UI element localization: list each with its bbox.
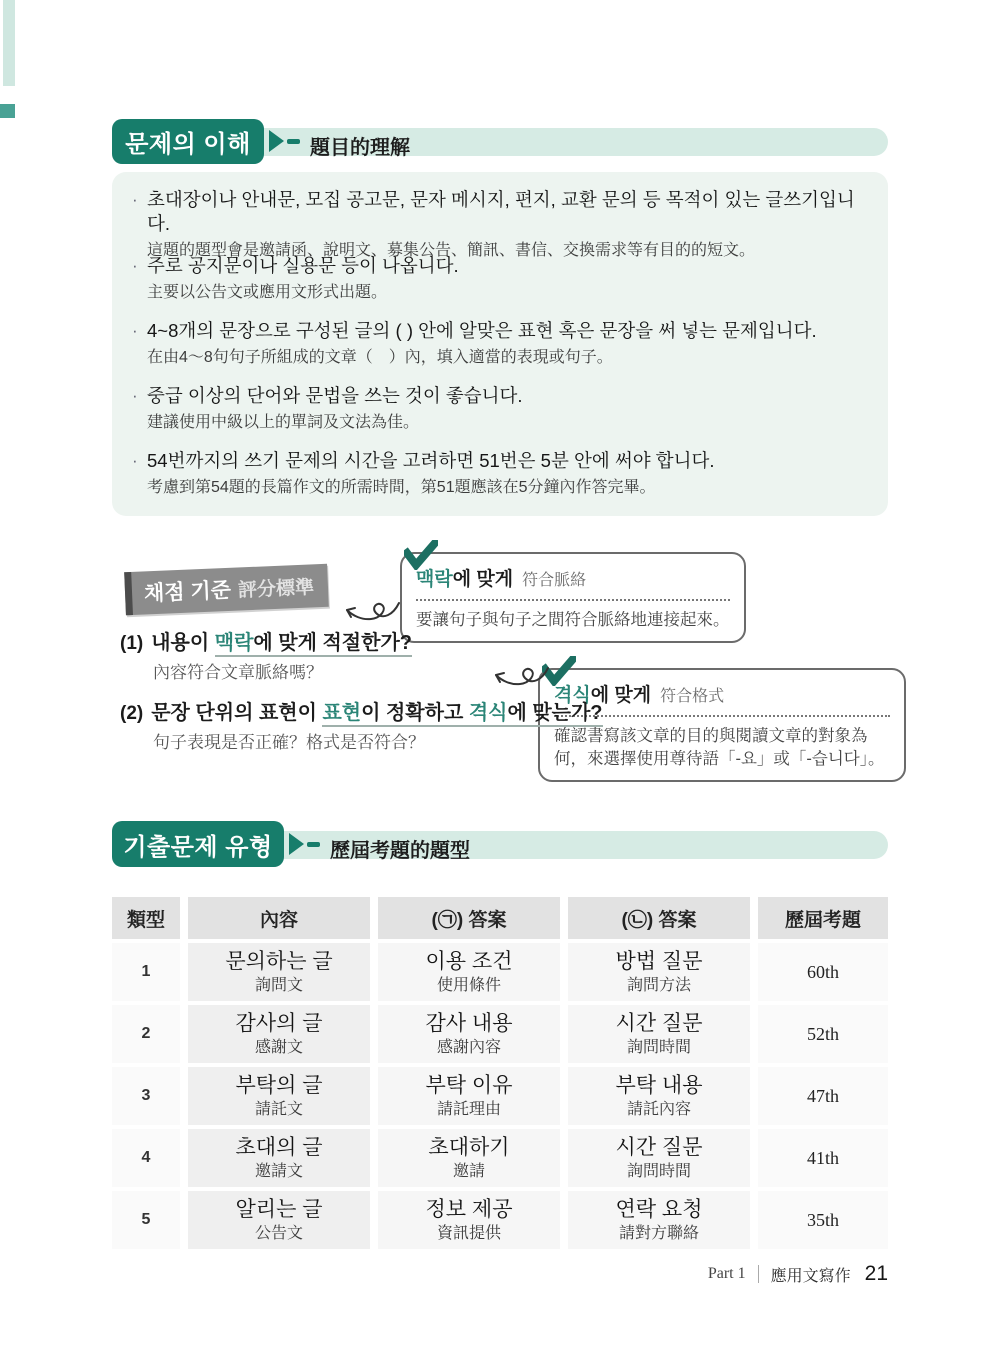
- cell-answer-a-ko: 초대하기: [428, 1135, 509, 1161]
- cell-exam: 47th: [758, 1067, 888, 1125]
- cell-exam: 41th: [758, 1129, 888, 1187]
- bullet-item: · 중급 이상의 단어와 문법을 쓰는 것이 좋습니다. 建議使用中級以上的單詞…: [132, 384, 872, 434]
- cell-answer-a: 초대하기 邀請: [378, 1129, 560, 1187]
- callout-context-zh: 符合脈絡: [522, 572, 586, 589]
- row-number: 5: [112, 1191, 180, 1249]
- callout-format-zh: 符合格式: [660, 688, 724, 705]
- cell-answer-b-ko: 시간 질문: [616, 1011, 703, 1037]
- bullet-zh: 主要以公告文或應用文形式出題。: [147, 281, 872, 304]
- cell-answer-a-zh: 資訊提供: [437, 1223, 501, 1244]
- bullet-dot-icon: ·: [132, 256, 138, 276]
- cell-answer-a-ko: 감사 내용: [426, 1011, 513, 1037]
- edge-accent-light: [3, 0, 15, 86]
- criteria-item-1: (1)내용이 맥락에 맞게 적절한가?: [120, 626, 412, 655]
- cell-answer-b: 연락 요청 請對方聯絡: [568, 1191, 750, 1249]
- cell-answer-a-zh: 使用條件: [437, 975, 501, 996]
- cell-answer-a-ko: 부탁 이유: [426, 1073, 513, 1099]
- section2-title-zh: 歷屆考題的題型: [330, 834, 470, 863]
- bullet-ko: 주로 공지문이나 실용문 등이 나옵니다.: [147, 254, 872, 278]
- cell-content: 감사의 글 感謝文: [188, 1005, 370, 1063]
- bullet-item: · 초대장이나 안내문, 모집 공고문, 문자 메시지, 편지, 교환 문의 등…: [132, 188, 872, 262]
- callout-context-keyword: 맥락: [416, 569, 453, 590]
- cell-content: 문의하는 글 詢問文: [188, 943, 370, 1001]
- edge-accent-teal: [0, 104, 15, 118]
- cell-answer-a-zh: 請託理由: [437, 1099, 501, 1120]
- criteria-item-1-seg1: 내용이: [151, 632, 215, 654]
- bullet-ko: 중급 이상의 단어와 문법을 쓰는 것이 좋습니다.: [147, 384, 872, 408]
- callout-context-rest: 에 맞게: [453, 569, 513, 590]
- cell-answer-b: 시간 질문 詢問時間: [568, 1129, 750, 1187]
- criteria-item-2-seg1: 문장 단위의 표현이: [151, 702, 322, 724]
- bullet-item: · 54번까지의 쓰기 문제의 시간을 고려하면 51번은 5분 안에 써야 합…: [132, 449, 872, 499]
- bullet-dot-icon: ·: [132, 386, 138, 406]
- criteria-item-1-num: (1): [120, 633, 143, 654]
- section2-arrow-icon: [289, 833, 304, 855]
- section1-title-ko: 문제의 이해: [112, 119, 264, 164]
- cell-answer-a-ko: 정보 제공: [426, 1197, 513, 1223]
- callout-format-body: 確認書寫該文章的目的與閱讀文章的對象為何，來選擇使用尊待語「-요」或「-습니다」…: [554, 717, 890, 771]
- footer-divider: [758, 1265, 759, 1283]
- cell-answer-a-ko: 이용 조건: [426, 949, 513, 975]
- callout-context-title: 맥락에 맞게符合脈絡: [416, 564, 730, 601]
- bullet-zh: 在由4～8句句子所組成的文章（ ）內，填入適當的表現或句子。: [147, 346, 872, 369]
- checkmark-icon: [404, 540, 438, 570]
- bullet-zh: 建議使用中級以上的單詞及文法為佳。: [147, 411, 872, 434]
- cell-content-ko: 감사의 글: [236, 1011, 323, 1037]
- cell-answer-a: 이용 조건 使用條件: [378, 943, 560, 1001]
- cell-answer-b: 시간 질문 詢問時間: [568, 1005, 750, 1063]
- cell-answer-b-zh: 詢問時間: [627, 1037, 691, 1058]
- criteria-item-2-keyword1: 표현: [322, 702, 361, 724]
- section1-title-zh: 題目的理解: [310, 131, 410, 160]
- bullet-item: · 4~8개의 문장으로 구성된 글의 ( ) 안에 알맞은 표현 혹은 문장을…: [132, 319, 872, 369]
- cell-content-zh: 請託文: [255, 1099, 303, 1120]
- bullet-ko: 초대장이나 안내문, 모집 공고문, 문자 메시지, 편지, 교환 문의 등 목…: [147, 188, 872, 236]
- cell-exam: 60th: [758, 943, 888, 1001]
- criteria-item-2-num: (2): [120, 703, 143, 724]
- bullet-dot-icon: ·: [132, 321, 138, 341]
- cell-answer-a-zh: 感謝內容: [437, 1037, 501, 1058]
- cell-content-ko: 문의하는 글: [225, 949, 332, 975]
- cell-content-ko: 부탁의 글: [236, 1073, 323, 1099]
- footer-section: 應用文寫作: [771, 1263, 851, 1286]
- bullet-zh: 考慮到第54題的長篇作文的所需時間，第51題應該在5分鐘內作答完畢。: [147, 476, 872, 499]
- callout-format-title: 격식에 맞게符合格式: [554, 680, 890, 717]
- bullet-ko: 4~8개의 문장으로 구성된 글의 ( ) 안에 알맞은 표현 혹은 문장을 써…: [147, 319, 872, 343]
- criteria-item-2-zh: 句子表現是否正確？格式是否符合？: [153, 728, 425, 753]
- cell-answer-a-zh: 邀請: [453, 1161, 485, 1182]
- textbook-page: 문제의 이해 題目的理解 · 초대장이나 안내문, 모집 공고문, 문자 메시지…: [0, 0, 1000, 1357]
- cell-answer-b-ko: 연락 요청: [616, 1197, 703, 1223]
- row-number: 3: [112, 1067, 180, 1125]
- criteria-item-2-seg2: 이 정확하고: [361, 702, 469, 724]
- cell-content-zh: 邀請文: [255, 1161, 303, 1182]
- col-header-content: 內容: [188, 897, 370, 939]
- criteria-banner-zh: 評分標準: [238, 577, 315, 601]
- row-number: 1: [112, 943, 180, 1001]
- cell-content-ko: 초대의 글: [236, 1135, 323, 1161]
- understanding-box: · 초대장이나 안내문, 모집 공고문, 문자 메시지, 편지, 교환 문의 등…: [112, 172, 888, 516]
- page-footer: Part 1 應用文寫作 21: [708, 1262, 888, 1286]
- section2-title-ko: 기출문제 유형: [112, 821, 284, 867]
- question-types-table: 類型 內容 (㉠) 答案 (㉡) 答案 歷屆考題 1 문의하는 글 詢問文 이용…: [112, 897, 888, 1249]
- bullet-ko: 54번까지의 쓰기 문제의 시간을 고려하면 51번은 5분 안에 써야 합니다…: [147, 449, 872, 473]
- criteria-item-2: (2)문장 단위의 표현이 표현이 정확하고 격식에 맞는가?: [120, 696, 603, 725]
- bullet-item: · 주로 공지문이나 실용문 등이 나옵니다. 主要以公告文或應用文形式出題。: [132, 254, 872, 304]
- col-header-answer-a: (㉠) 答案: [378, 897, 560, 939]
- col-header-answer-b: (㉡) 答案: [568, 897, 750, 939]
- bullet-dot-icon: ·: [132, 190, 138, 210]
- cell-content-zh: 詢問文: [255, 975, 303, 996]
- cell-answer-a: 정보 제공 資訊提供: [378, 1191, 560, 1249]
- footer-page-number: 21: [865, 1262, 888, 1286]
- cell-content-zh: 公告文: [255, 1223, 303, 1244]
- criteria-item-1-keyword: 맥락: [215, 632, 254, 654]
- criteria-banner: 채점 기준評分標準: [124, 564, 329, 615]
- cell-answer-b-ko: 방법 질문: [616, 949, 703, 975]
- cell-content: 부탁의 글 請託文: [188, 1067, 370, 1125]
- section1-title-ko-label: 문제의 이해: [125, 124, 251, 159]
- callout-context: 맥락에 맞게符合脈絡 要讓句子與句子之間符合脈絡地連接起來。: [400, 552, 746, 643]
- callout-context-body: 要讓句子與句子之間符合脈絡地連接起來。: [416, 601, 730, 632]
- cell-answer-b-zh: 詢問時間: [627, 1161, 691, 1182]
- cell-answer-b-ko: 부탁 내용: [616, 1073, 703, 1099]
- cell-answer-b-ko: 시간 질문: [616, 1135, 703, 1161]
- section2-dash-icon: [307, 842, 320, 847]
- cell-exam: 52th: [758, 1005, 888, 1063]
- row-number: 2: [112, 1005, 180, 1063]
- col-header-type: 類型: [112, 897, 180, 939]
- criteria-item-1-seg2: 에 맞게 적절한가?: [253, 632, 412, 654]
- cell-content: 초대의 글 邀請文: [188, 1129, 370, 1187]
- section1-arrow-icon: [269, 130, 284, 152]
- criteria-item-1-zh: 內容符合文章脈絡嗎？: [153, 658, 323, 683]
- row-number: 4: [112, 1129, 180, 1187]
- col-header-exam: 歷屆考題: [758, 897, 888, 939]
- footer-part: Part 1: [708, 1265, 746, 1283]
- section1-dash-icon: [287, 139, 300, 144]
- cell-answer-a: 감사 내용 感謝內容: [378, 1005, 560, 1063]
- cell-answer-b: 부탁 내용 請託內容: [568, 1067, 750, 1125]
- section2-title-ko-label: 기출문제 유형: [123, 827, 272, 862]
- cell-content: 알리는 글 公告文: [188, 1191, 370, 1249]
- cell-answer-b: 방법 질문 詢問方法: [568, 943, 750, 1001]
- cell-answer-a: 부탁 이유 請託理由: [378, 1067, 560, 1125]
- criteria-banner-ko: 채점 기준: [144, 579, 232, 606]
- cell-exam: 35th: [758, 1191, 888, 1249]
- squiggle-arrow-icon: [490, 662, 552, 700]
- cell-answer-b-zh: 請對方聯絡: [619, 1223, 699, 1244]
- bullet-dot-icon: ·: [132, 451, 138, 471]
- cell-answer-b-zh: 詢問方法: [627, 975, 691, 996]
- criteria-item-2-seg3: 에 맞는가?: [507, 702, 602, 724]
- cell-answer-b-zh: 請託內容: [627, 1099, 691, 1120]
- criteria-item-2-keyword2: 격식: [469, 702, 508, 724]
- cell-content-zh: 感謝文: [255, 1037, 303, 1058]
- cell-content-ko: 알리는 글: [236, 1197, 323, 1223]
